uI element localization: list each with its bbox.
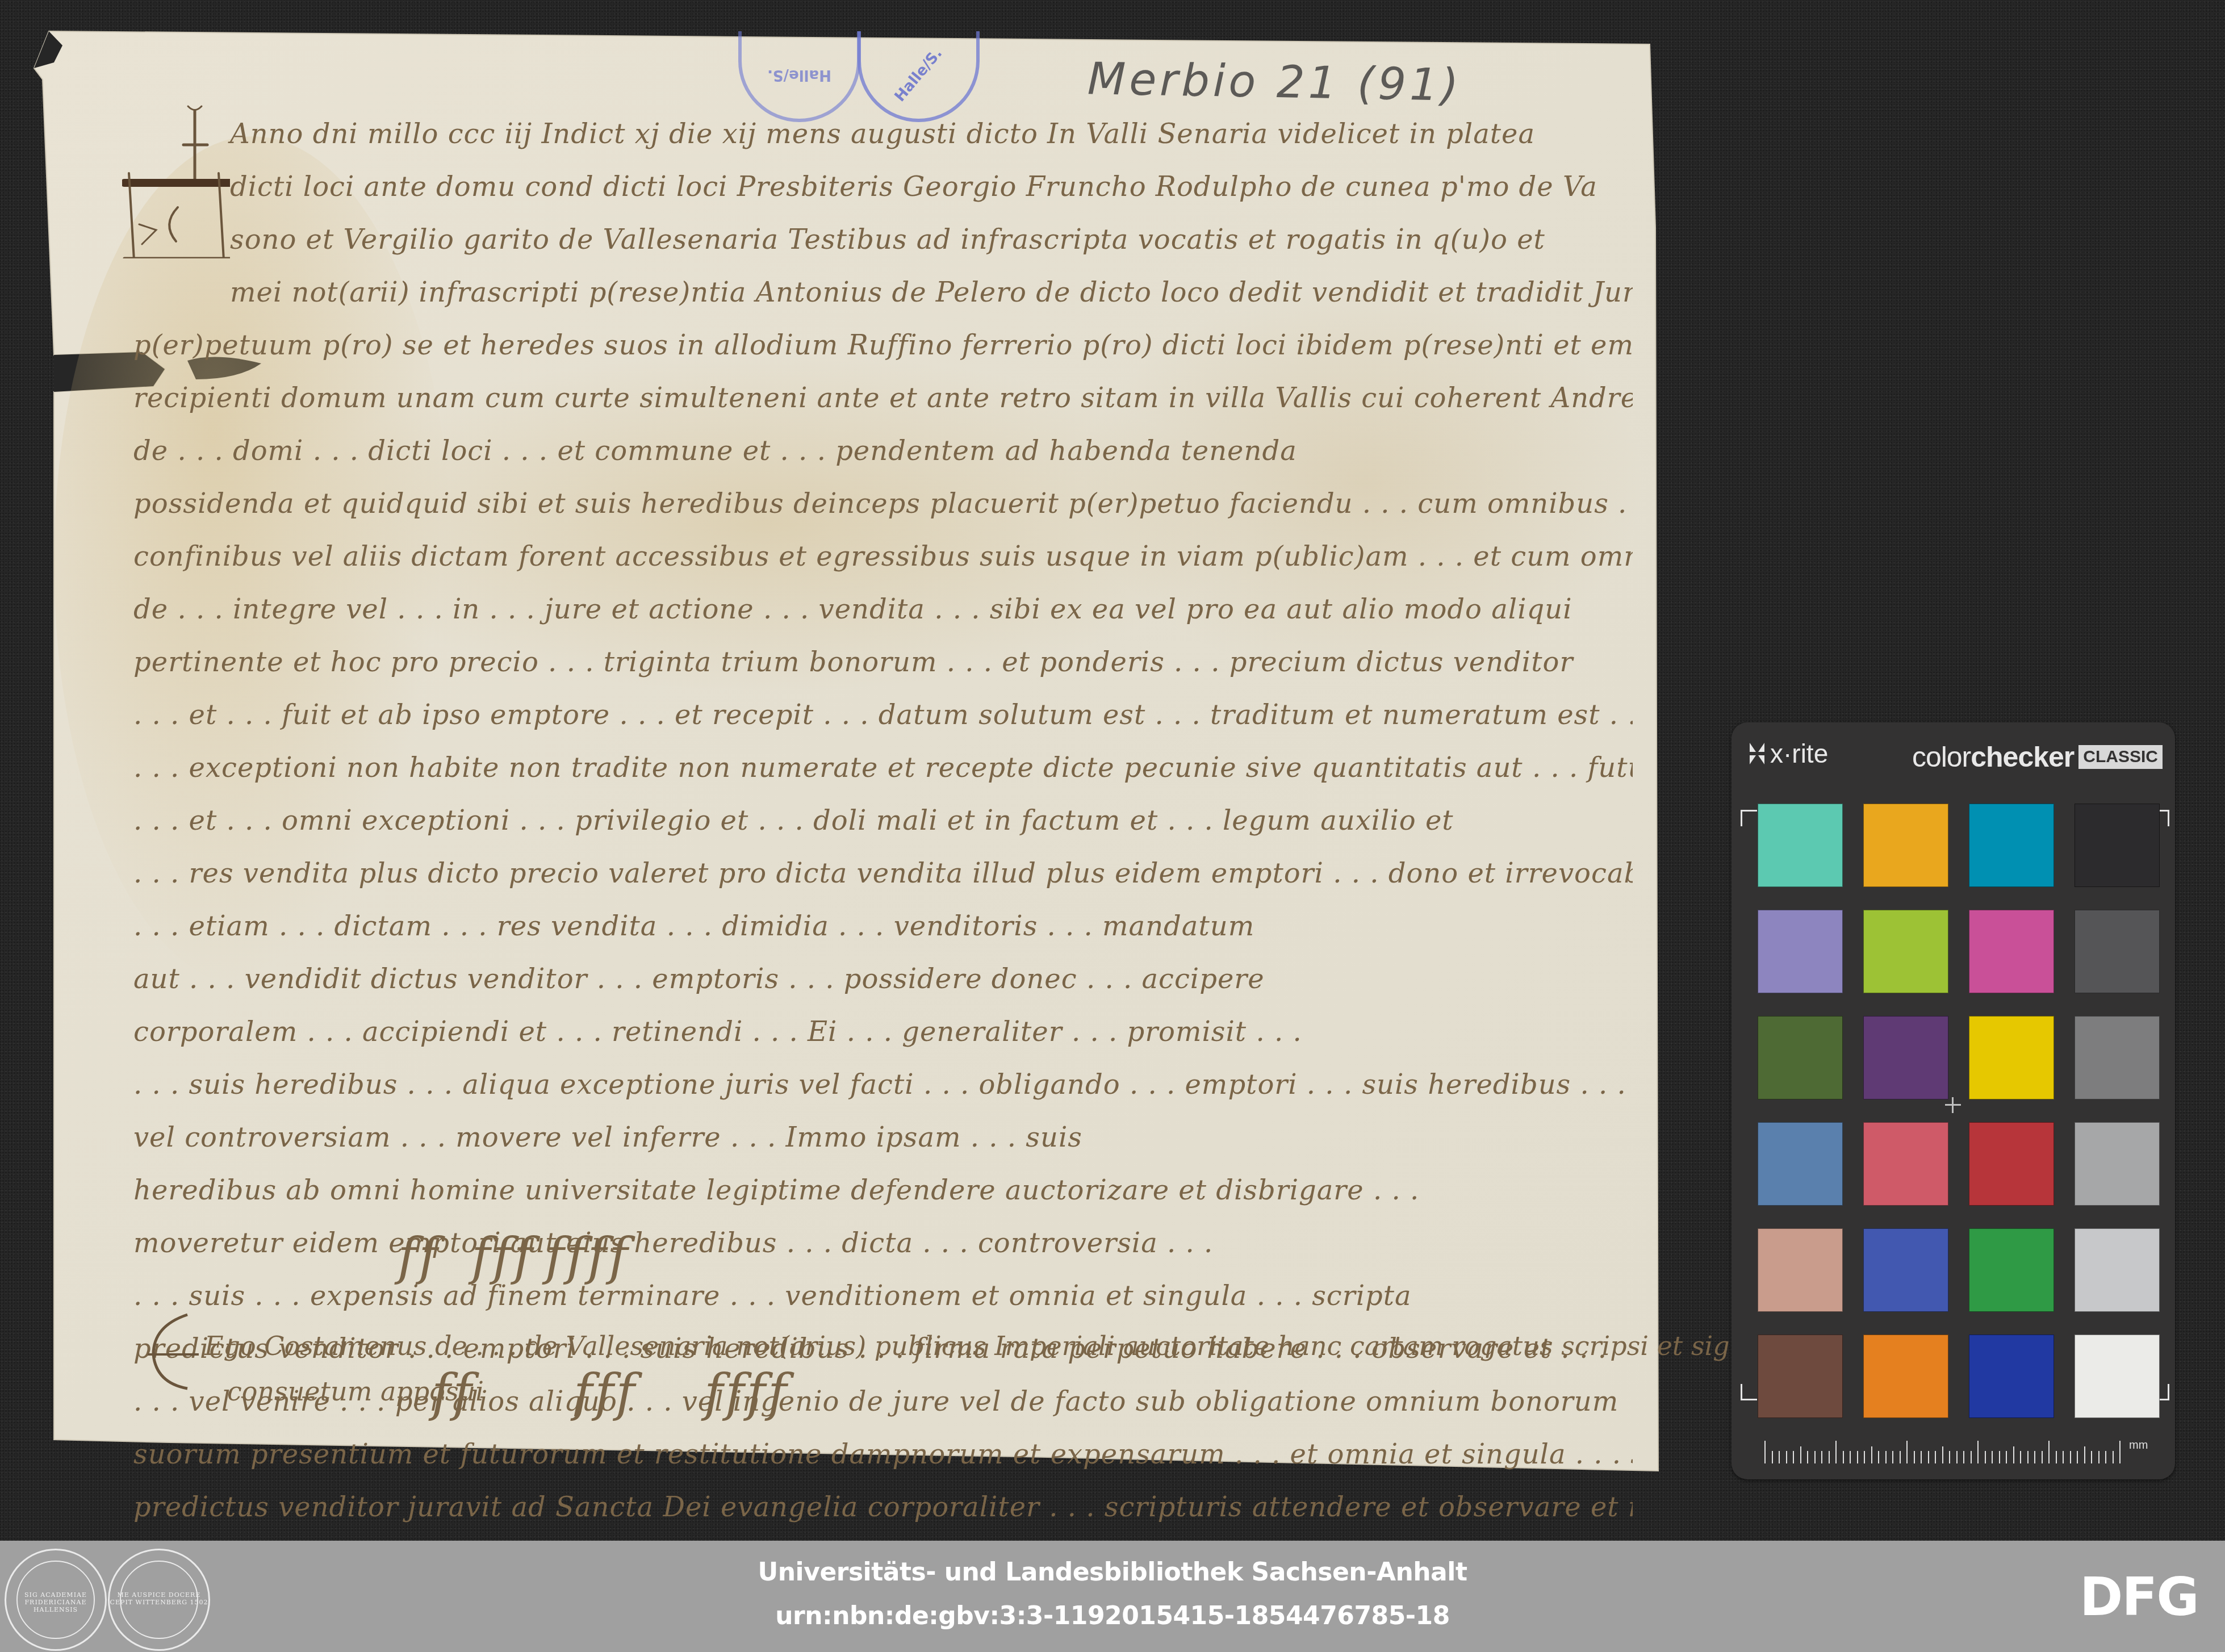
ruler-tick [2091,1451,2092,1463]
text-line: possidenda et quidquid sibi et suis here… [133,478,1633,530]
ruler-tick [1878,1451,1879,1463]
ruler-tick [2027,1451,2029,1463]
swatch-orange [1863,1335,1948,1418]
ruler-tick [1921,1451,1922,1463]
swatch-neutral-5 [2075,1016,2160,1099]
ruler-tick [1956,1451,1958,1463]
notary-line: Ego Costamenus de . . . de Vallesenaria … [204,1323,1681,1369]
text-line: p(er)petuum p(ro) se et heredes suos in … [133,319,1633,372]
dfg-logo: DFG [2080,1575,2198,1620]
ruler-tick [1779,1451,1780,1463]
text-line: heredibus ab omni homine universitate le… [133,1164,1633,1217]
ruler-tick [1906,1441,1908,1463]
xrite-logo-icon [1749,741,1766,767]
swatch-blue-flower [1758,910,1843,993]
text-line: moveretur eidem emptori aut eius heredib… [133,1217,1633,1270]
ruler-tick [1764,1441,1766,1463]
ruler-tick [1843,1451,1844,1463]
ruler-unit: mm [2129,1439,2148,1452]
ruler-tick [1977,1441,1979,1463]
ruler-tick [1871,1446,1872,1463]
ruler-tick [2098,1451,2099,1463]
text-line: suorum presentium et futurorum et restit… [133,1428,1633,1481]
swatch-black [2075,804,2160,887]
color-checker-card: x·rite colorchecker CLASSIC mm [1732,722,2175,1479]
stamp-center-text: Halle/S. [767,66,831,83]
notary-initial-icon [142,1309,204,1394]
text-line: vel controversiam . . . movere vel infer… [133,1111,1633,1164]
text-line: confinibus vel aliis dictam forent acces… [133,530,1633,583]
swatch-red [1969,1122,2054,1206]
text-line: de . . . domi . . . dicti loci . . . et … [133,425,1633,478]
ruler-tick [1985,1451,1986,1463]
ruler-tick [1807,1451,1808,1463]
text-line: recipienti domum unam cum curte simulten… [133,372,1633,425]
text-line: pertinente et hoc pro precio . . . trigi… [133,636,1633,689]
ruler-tick [1942,1446,1943,1463]
ruler-tick [2013,1446,2014,1463]
product-bold: checker [1971,741,2074,773]
mm-ruler [1764,1441,2122,1463]
product-light: color [1912,741,1971,773]
swatch-blue-sky [1758,1122,1843,1206]
text-line: predictus venditor juravit ad Sancta Dei… [133,1481,1633,1534]
ruler-tick [1914,1451,1915,1463]
ruler-tick [1864,1451,1865,1463]
text-line: mei not(arii) infrascripti p(rese)ntia A… [133,266,1633,319]
swatch-dark-skin [1758,1335,1843,1418]
text-line: . . . suis heredibus . . . aliqua except… [133,1059,1633,1111]
ruler-tick [2119,1441,2121,1463]
ruler-tick [1772,1451,1773,1463]
ruler-tick [2084,1446,2085,1463]
shelfmark-annotation: Merbio 21 (91) [1087,53,1462,111]
swatch-orange-yellow [1863,804,1948,887]
ruler-tick [2077,1451,2078,1463]
ruler-tick [2034,1451,2035,1463]
swatch-purplish-blue [1863,1228,1948,1312]
signature-mark: ff [432,1363,474,1423]
swatch-neutral-6.5 [2075,1122,2160,1206]
swatch-cyan [1969,804,2054,887]
text-line: . . . res vendita plus dicto precio vale… [133,847,1633,900]
ruler-tick [1992,1451,1993,1463]
ruler-tick [2048,1441,2050,1463]
text-line: corporalem . . . accipiendi et . . . ret… [133,1006,1633,1059]
ruler-tick [2063,1451,2064,1463]
signature-mark: ffff [704,1363,789,1423]
ruler-tick [1928,1451,1929,1463]
urn-identifier: urn:nbn:de:gbv:3:3-1192015415-1854476785… [0,1601,2225,1630]
signature-mark: ffff [545,1227,630,1286]
swatch-green [1969,1228,2054,1312]
text-line: sono et Vergilio garito de Vallesenaria … [133,214,1633,266]
text-line: dicti loci ante domu cond dicti loci Pre… [133,161,1633,214]
swatch-yellow-green [1863,910,1948,993]
text-line: de . . . integre vel . . . in . . . jure… [133,583,1633,636]
swatch-magenta [1969,910,2054,993]
text-line: Anno dni millo ccc iij Indict xj die xij… [133,108,1633,161]
ruler-tick [1900,1451,1901,1463]
ruler-tick [1786,1451,1787,1463]
swatch-light-skin [1758,1228,1843,1312]
ruler-tick [2070,1451,2071,1463]
notary-subscription: Ego Costamenus de . . . de Vallesenaria … [204,1323,1681,1414]
swatch-neutral-3.5 [2075,910,2160,993]
ruler-tick [1857,1451,1858,1463]
ruler-tick [1850,1451,1851,1463]
xrite-brand: x·rite [1749,738,1828,769]
swatch-moderate-red [1863,1122,1948,1206]
swatch-bluish-green [1758,804,1843,887]
registration-mark [1741,1384,1757,1400]
ruler-tick [1971,1451,1972,1463]
stamp-center-text: Halle/S. [892,45,946,105]
ruler-tick [1793,1451,1794,1463]
ruler-tick [1885,1451,1887,1463]
ruler-tick [1999,1451,2000,1463]
ruler-tick [1829,1451,1830,1463]
crosshair-icon [1945,1097,1961,1113]
institution-name: Universitäts- und Landesbibliothek Sachs… [0,1558,2225,1587]
ruler-tick [1800,1446,1801,1463]
swatch-blue [1969,1335,2054,1418]
signature-mark: fff [574,1363,637,1423]
signature-mark: ff [398,1227,440,1286]
swatch-foliage [1758,1016,1843,1099]
swatch-yellow [1969,1016,2054,1099]
ruler-tick [2113,1451,2114,1463]
brand-name: x·rite [1770,738,1828,769]
ruler-tick [1963,1451,1964,1463]
swatch-purple [1863,1016,1948,1099]
ruler-tick [2056,1451,2057,1463]
footer-bar: SIG ACADEMIAE FRIDERICIANAE HALLENSIS ME… [0,1541,2225,1652]
ruler-tick [1821,1451,1822,1463]
ruler-tick [1835,1441,1837,1463]
ruler-tick [2006,1451,2007,1463]
ruler-tick [2042,1451,2043,1463]
ruler-tick [1814,1451,1816,1463]
ruler-tick [2105,1451,2106,1463]
swatch-white [2075,1335,2160,1418]
text-line: . . . suis . . . expensis ad finem termi… [133,1270,1633,1323]
text-line: . . . et . . . fuit et ab ipso emptore .… [133,689,1633,742]
product-badge: CLASSIC [2078,745,2163,769]
ruler-tick [2020,1451,2021,1463]
text-line: . . . et . . . omni exceptioni . . . pri… [133,794,1633,847]
signature-mark: fff [471,1227,535,1286]
ruler-tick [1935,1451,1936,1463]
registration-mark [1741,810,1757,826]
swatch-neutral-8 [2075,1228,2160,1312]
text-line: . . . etiam . . . dictam . . . res vendi… [133,900,1633,953]
notary-line: consuetum apposui [204,1369,1681,1414]
text-line: . . . exceptioni non habite non tradite … [133,742,1633,794]
ruler-tick [1949,1451,1950,1463]
ruler-tick [1892,1451,1893,1463]
product-name: colorchecker CLASSIC [1912,741,2163,773]
text-line: aut . . . vendidit dictus venditor . . .… [133,953,1633,1006]
